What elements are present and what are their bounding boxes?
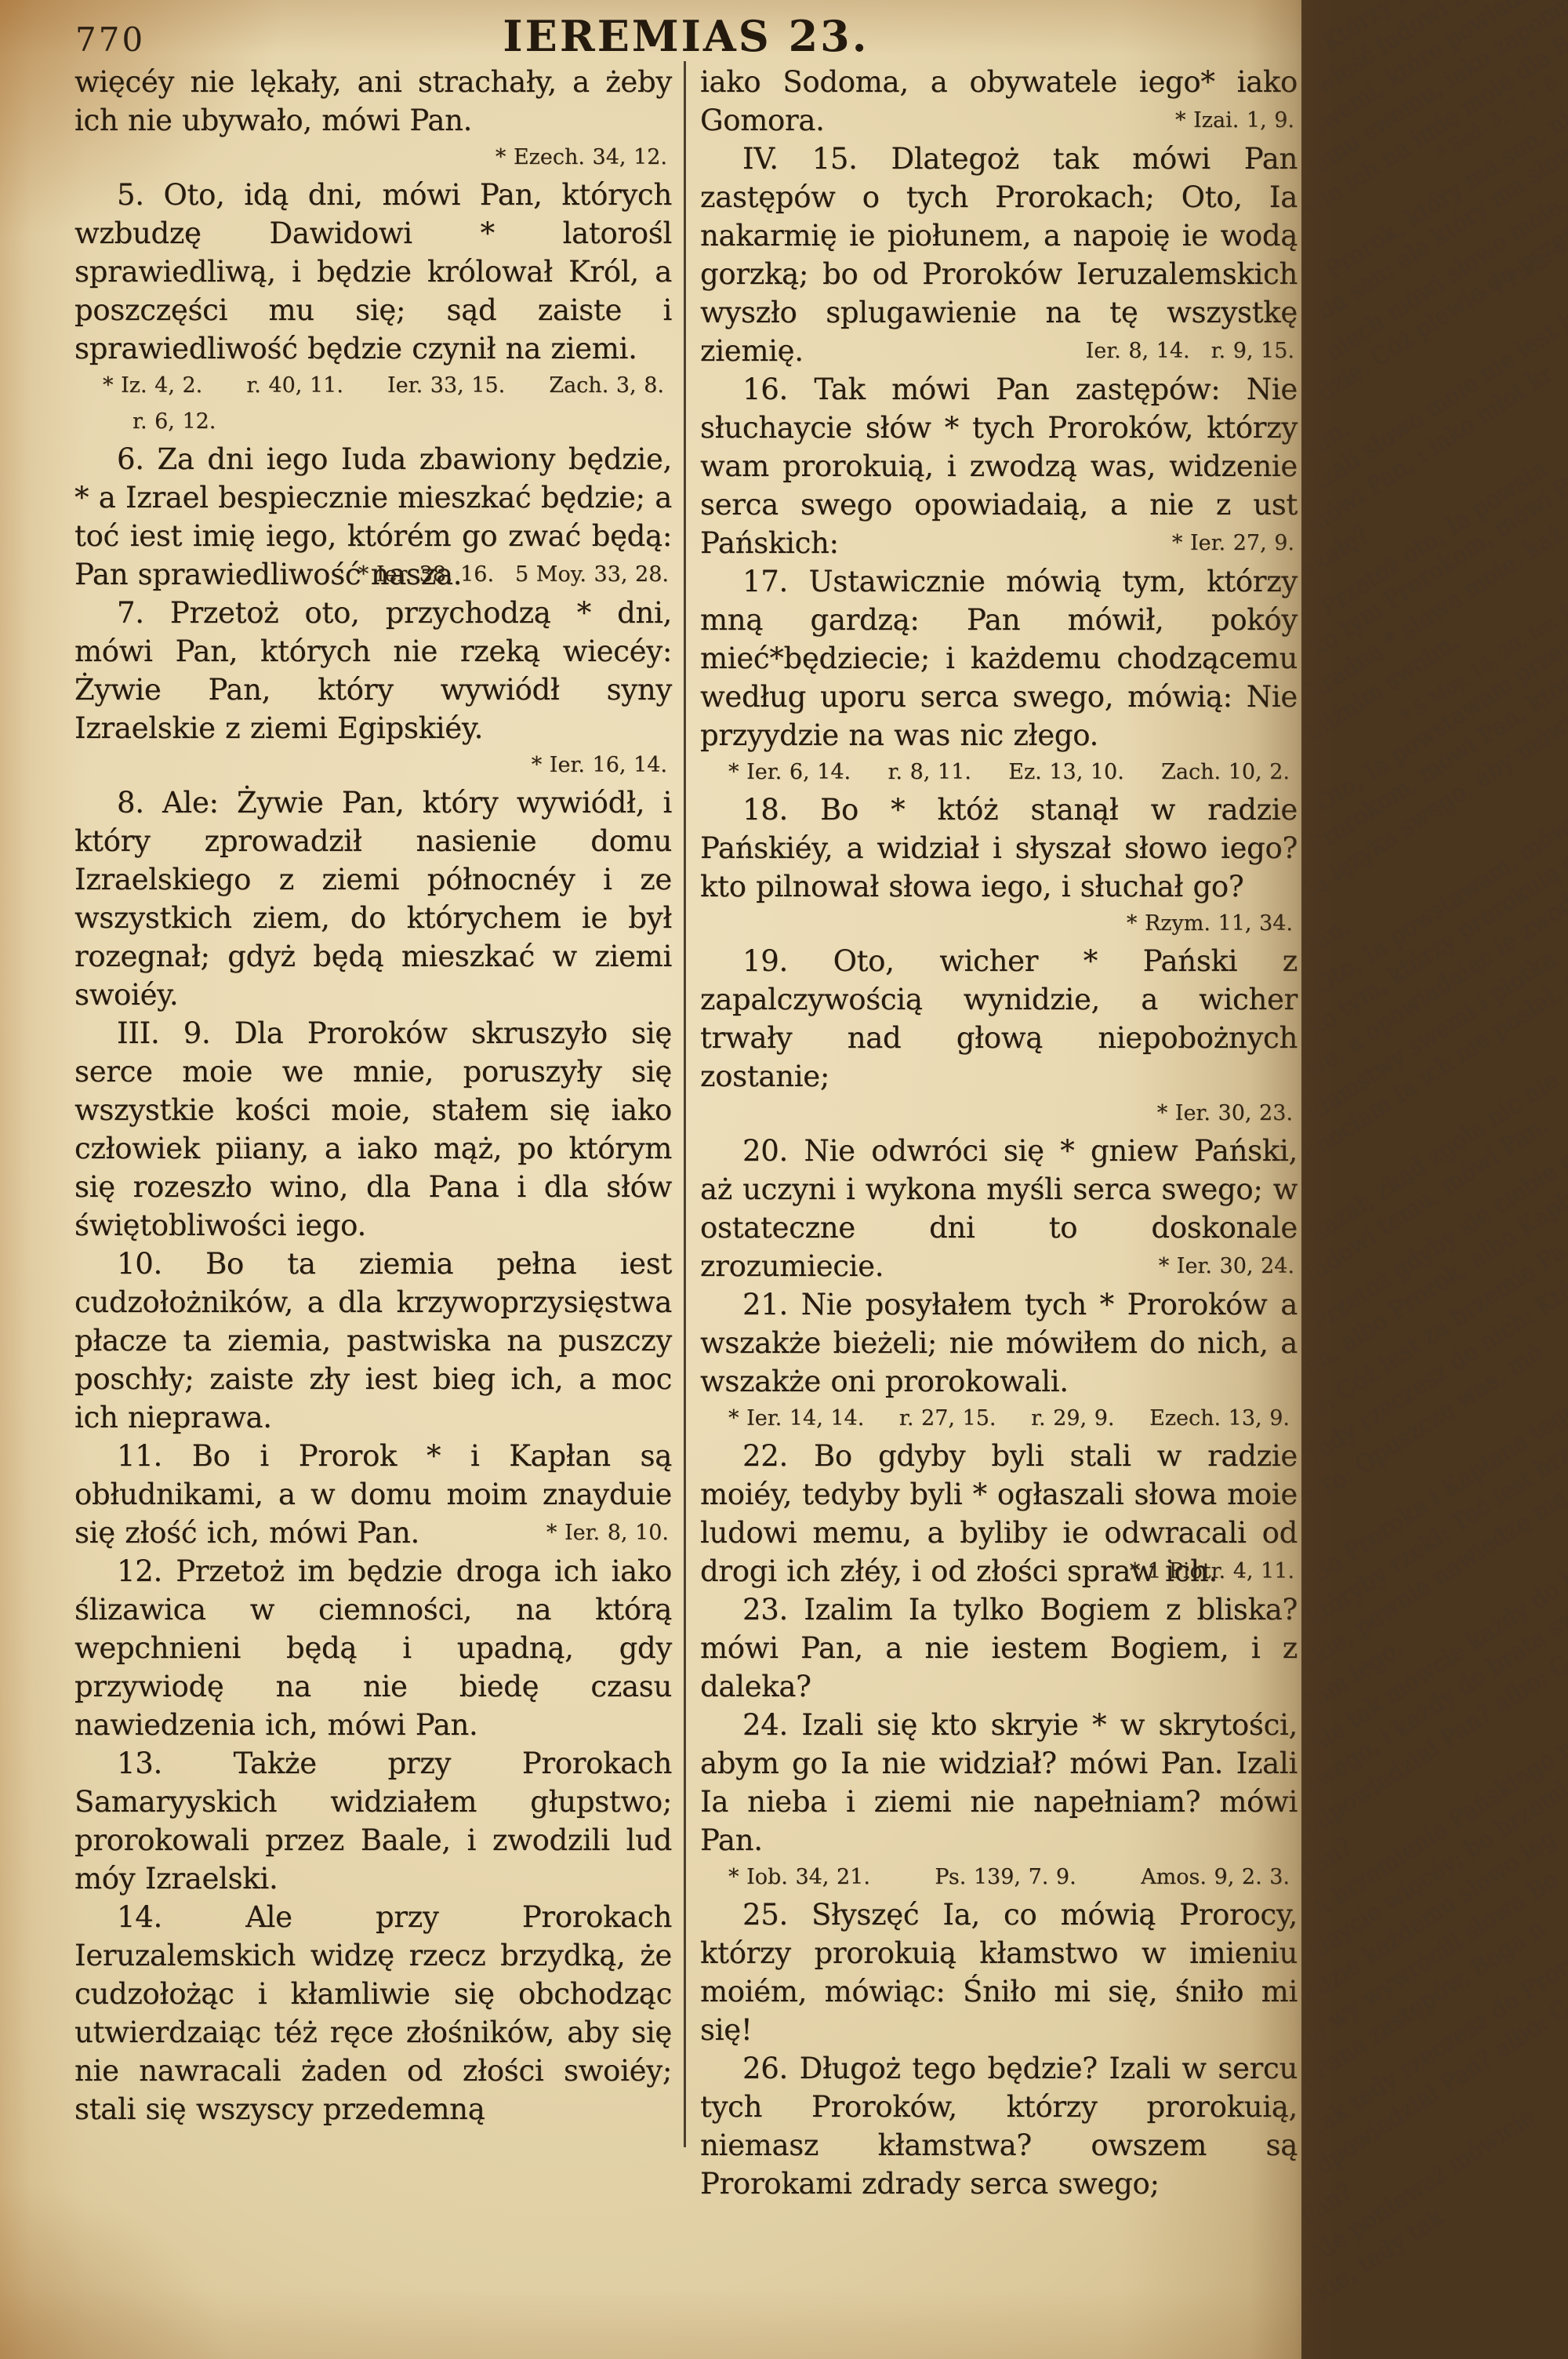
verse-paragraph: 18. Bo * któż stanął w radzie Pańskiéy, … bbox=[700, 791, 1298, 906]
page-title: IEREMIAS 23. bbox=[74, 11, 1298, 61]
reference-citation: r. 29, 9. bbox=[1031, 1401, 1114, 1437]
verse-paragraph: 23. Izalim Ia tylko Bogiem z bliska? mów… bbox=[700, 1590, 1298, 1706]
verse-paragraph: 8. Ale: Żywie Pan, który wywiódł, i któr… bbox=[74, 783, 672, 1014]
reference-line: * Iob. 34, 21.Ps. 139, 7. 9.Amos. 9, 2. … bbox=[700, 1859, 1298, 1896]
reference-citation: Zach. 10, 2. bbox=[1161, 754, 1290, 791]
reference-citation: r. 40, 11. bbox=[246, 368, 343, 404]
reference-citation: r. 27, 15. bbox=[899, 1401, 996, 1437]
verse-paragraph: 13. Także przy Prorokach Samaryyskich wi… bbox=[74, 1744, 672, 1898]
reference-line: * Iz. 4, 2.r. 40, 11.Ier. 33, 15.Zach. 3… bbox=[74, 368, 672, 404]
reference-line: * Ier. 6, 14.r. 8, 11.Ez. 13, 10.Zach. 1… bbox=[700, 754, 1298, 791]
verse-continuation: więcéy nie lękały, ani strachały, a żeby… bbox=[74, 63, 672, 140]
text-column-right: iako Sodoma, a obywatele iego* iako Gomo… bbox=[700, 63, 1298, 2203]
reference-line: * Ier. 16, 14. bbox=[74, 747, 672, 783]
reference-citation: Ps. 139, 7. 9. bbox=[935, 1859, 1076, 1896]
reference-inline: * Ier. 27, 9. bbox=[700, 524, 1298, 562]
reference-citation: Ezech. 13, 9. bbox=[1149, 1401, 1290, 1437]
reference-citation: Ier. 33, 15. bbox=[387, 368, 505, 404]
verse-paragraph: 14. Ale przy Prorokach Ieruzalemskich wi… bbox=[74, 1898, 672, 2128]
reference-inline: * Ier. 38, 16. 5 Moy. 33, 28. bbox=[74, 555, 672, 594]
verse-paragraph: 7. Przetoż oto, przychodzą * dni, mówi P… bbox=[74, 594, 672, 747]
reference-citation: Ez. 13, 10. bbox=[1008, 754, 1124, 791]
reference-line: * Ezech. 34, 12. bbox=[74, 140, 672, 176]
book-page: 770 IEREMIAS 23. więcéy nie lękały, ani … bbox=[0, 0, 1301, 2359]
reference-inline: * Ier. 30, 24. bbox=[700, 1247, 1298, 1285]
reference-line: * Ier. 14, 14.r. 27, 15.r. 29, 9.Ezech. … bbox=[700, 1401, 1298, 1437]
reference-line: r. 6, 12. bbox=[74, 404, 672, 440]
reference-citation: Zach. 3, 8. bbox=[549, 368, 664, 404]
verse-paragraph: 25. Słyszęć Ia, co mówią Prorocy, którzy… bbox=[700, 1896, 1298, 2049]
verse-paragraph: 5. Oto, idą dni, mówi Pan, których wzbud… bbox=[74, 176, 672, 368]
verse-paragraph: 17. Ustawicznie mówią tym, którzy mną ga… bbox=[700, 562, 1298, 754]
reference-line: * Rzym. 11, 34. bbox=[700, 906, 1298, 942]
verse-paragraph: 10. Bo ta ziemia pełna iest cudzołożnikó… bbox=[74, 1245, 672, 1437]
reference-citation: * Iob. 34, 21. bbox=[728, 1859, 870, 1896]
reference-citation: Amos. 9, 2. 3. bbox=[1141, 1859, 1290, 1896]
verse-paragraph: 12. Przetoż im będzie droga ich iako śli… bbox=[74, 1552, 672, 1744]
verse-paragraph: 19. Oto, wicher * Pański z zapalczywości… bbox=[700, 942, 1298, 1096]
reference-inline: * Ier. 8, 10. bbox=[74, 1514, 672, 1552]
reference-citation: * Ier. 14, 14. bbox=[728, 1401, 864, 1437]
reference-line: * Ier. 30, 23. bbox=[700, 1096, 1298, 1132]
verse-paragraph: III. 9. Dla Proroków skruszyło się serce… bbox=[74, 1014, 672, 1245]
column-divider-rule bbox=[684, 61, 686, 2147]
scanned-book-photo: { "page": { "number": "770", "title": "I… bbox=[0, 0, 1568, 2359]
reference-inline: * Izai. 1, 9. bbox=[700, 101, 1298, 140]
verse-paragraph: 24. Izali się kto skryie * w skrytości, … bbox=[700, 1706, 1298, 1859]
adjacent-page-edge: Którzy myślą, iakowieść ludowi moiemu * … bbox=[1301, 0, 1568, 2359]
reference-citation: * Ier. 6, 14. bbox=[728, 754, 851, 791]
verse-paragraph: 26. Długoż tego będzie? Izali w sercu ty… bbox=[700, 2049, 1298, 2203]
verse-paragraph: 21. Nie posyłałem tych * Proroków a wsza… bbox=[700, 1285, 1298, 1401]
reference-citation: r. 8, 11. bbox=[887, 754, 971, 791]
reference-inline: * 1 Piotr. 4, 11. bbox=[700, 1552, 1298, 1590]
reference-inline: Ier. 8, 14. r. 9, 15. bbox=[700, 332, 1298, 370]
text-column-left: więcéy nie lękały, ani strachały, a żeby… bbox=[74, 63, 672, 2128]
reference-citation: * Iz. 4, 2. bbox=[103, 368, 202, 404]
